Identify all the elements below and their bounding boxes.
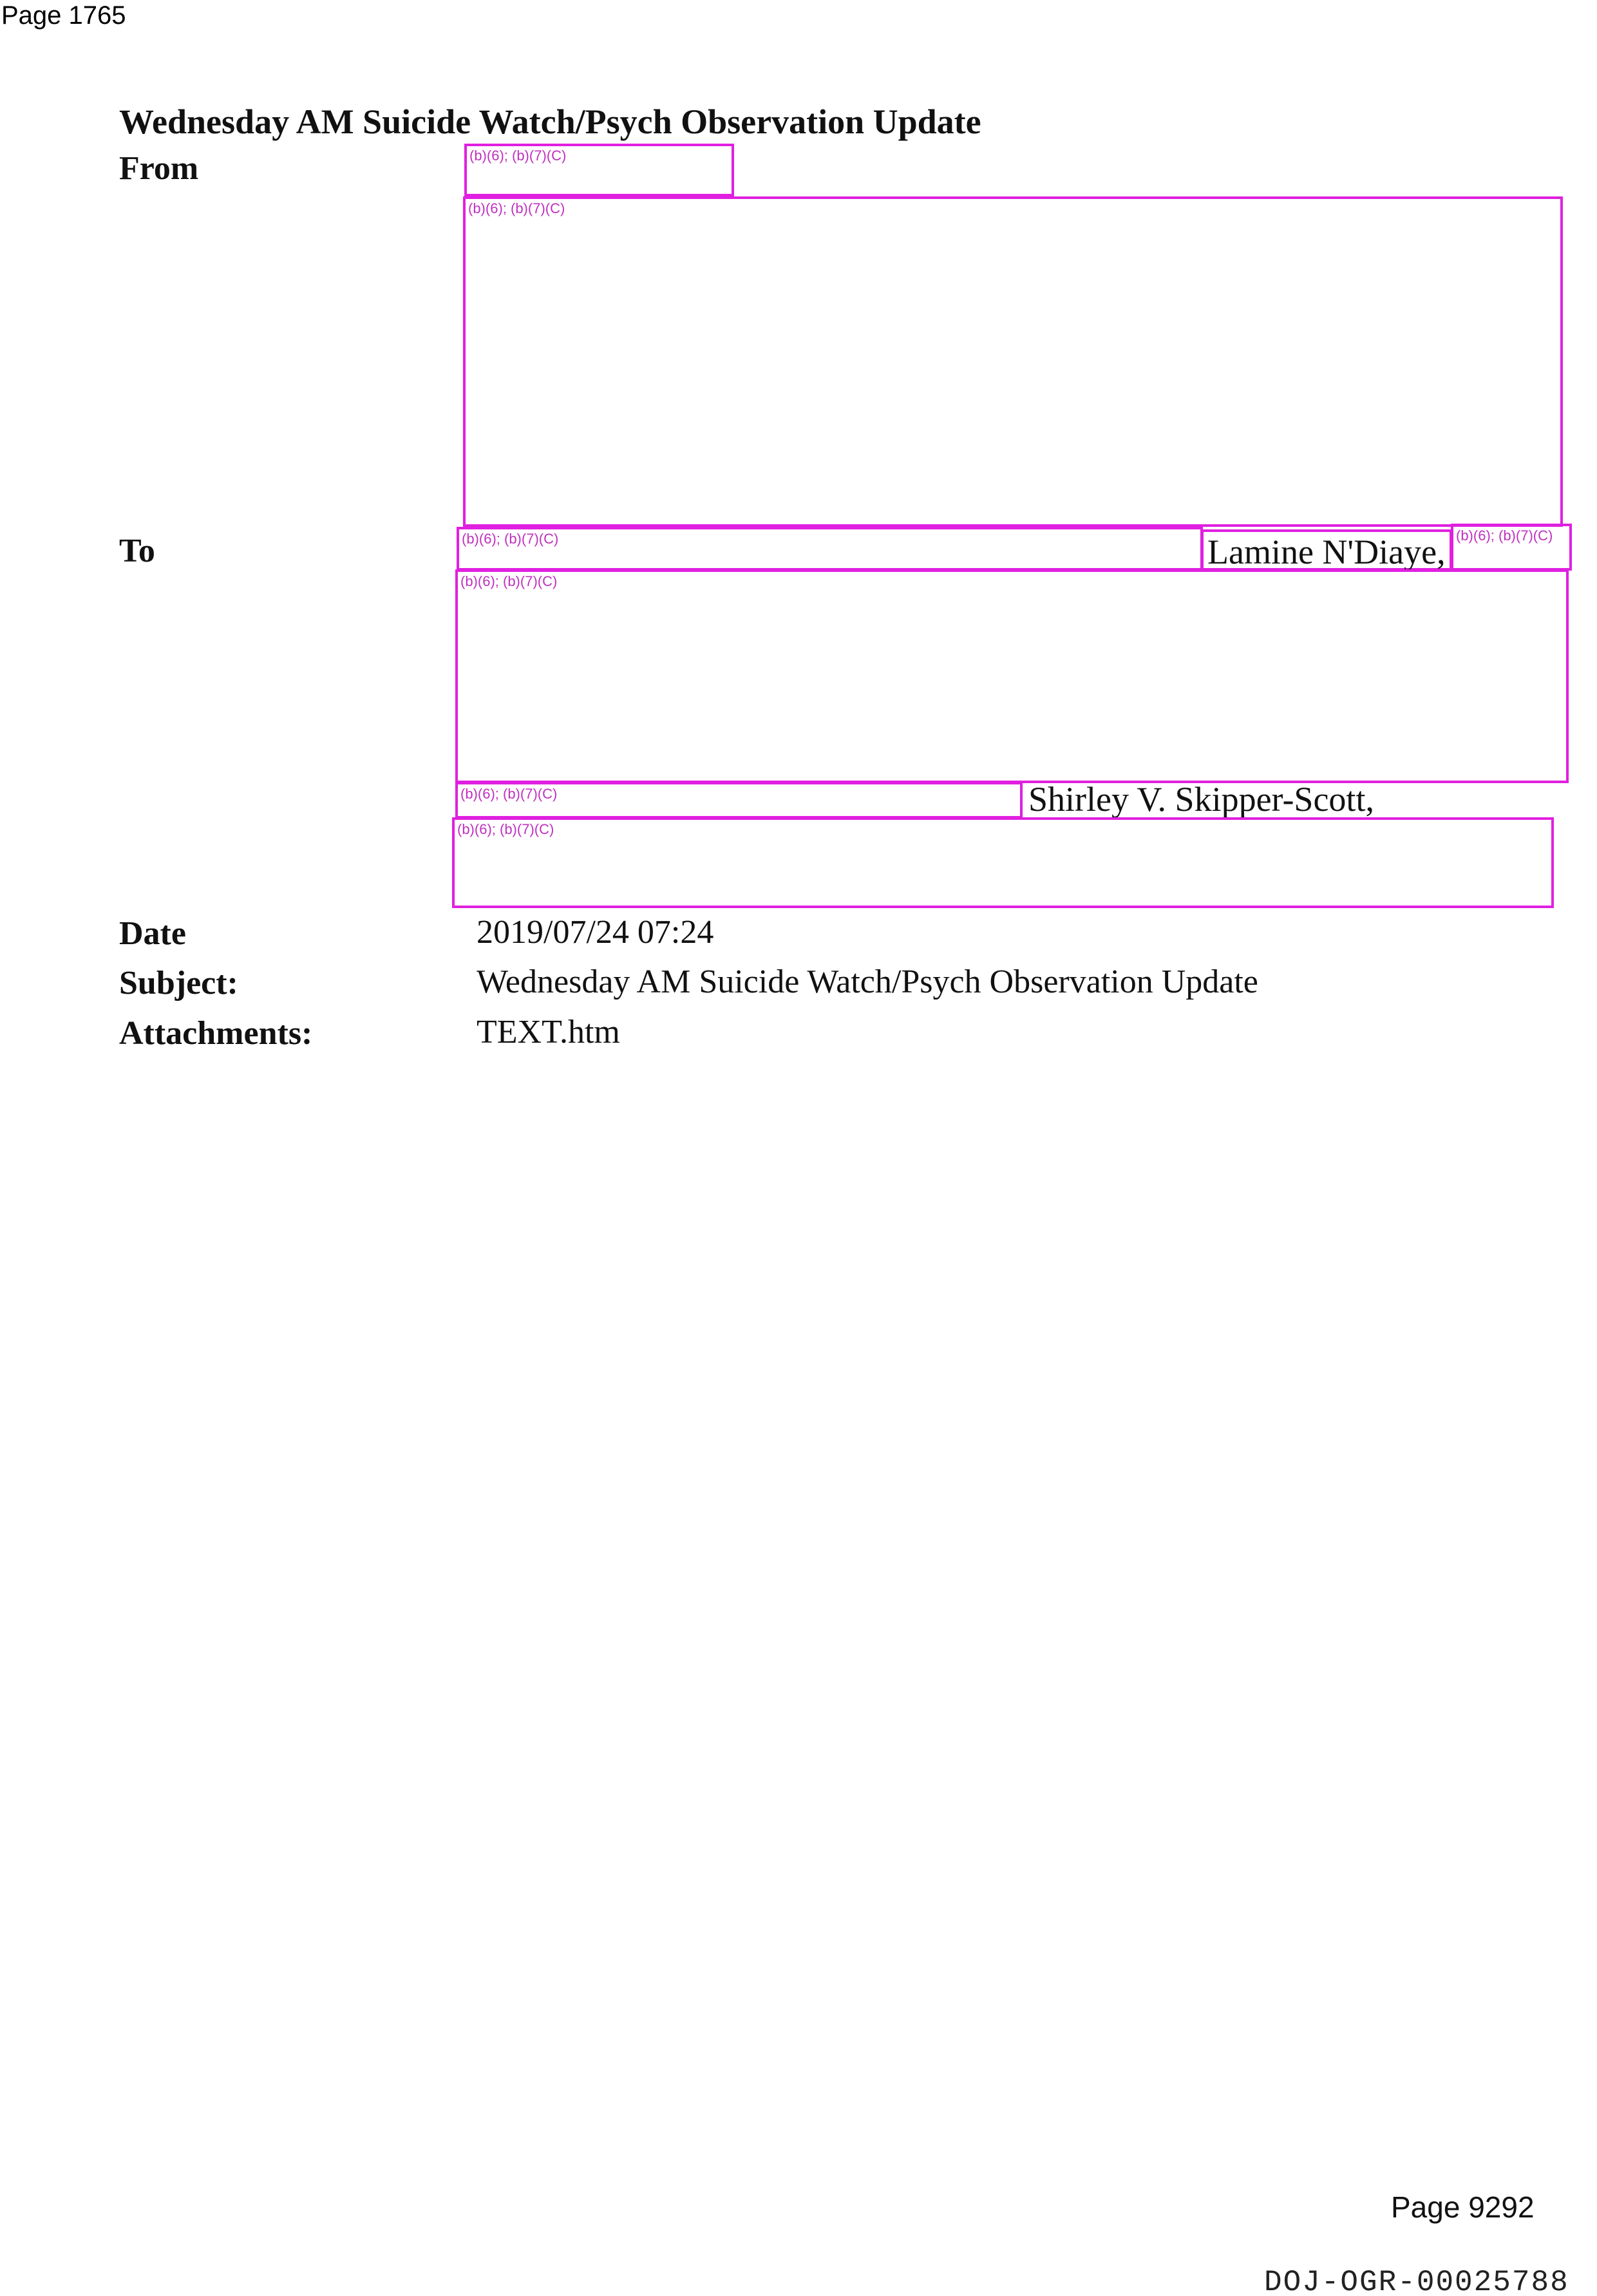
redaction-box-to-1: (b)(6); (b)(7)(C) — [457, 527, 1203, 571]
date-label: Date — [119, 915, 186, 953]
redaction-box-to-2: (b)(6); (b)(7)(C) — [1451, 524, 1572, 571]
redaction-code: (b)(6); (b)(7)(C) — [469, 147, 566, 164]
redaction-code: (b)(6); (b)(7)(C) — [462, 531, 558, 547]
email-title: Wednesday AM Suicide Watch/Psych Observa… — [119, 102, 981, 142]
recipient-name-box-1: Lamine N'Diaye, — [1201, 529, 1452, 571]
recipient-name-2: Shirley V. Skipper-Scott, — [1028, 779, 1374, 819]
page-footer-number: Page 9292 — [1391, 2190, 1535, 2225]
redaction-code: (b)(6); (b)(7)(C) — [457, 821, 554, 838]
redaction-box-from-address: (b)(6); (b)(7)(C) — [463, 196, 1563, 527]
bates-number: DOJ-OGR-00025788 — [1264, 2266, 1569, 2296]
date-value: 2019/07/24 07:24 — [477, 913, 713, 951]
redaction-code: (b)(6); (b)(7)(C) — [1456, 527, 1553, 544]
redaction-box-to-4: (b)(6); (b)(7)(C) — [455, 782, 1023, 819]
redaction-code: (b)(6); (b)(7)(C) — [468, 200, 565, 217]
redaction-box-from-name: (b)(6); (b)(7)(C) — [464, 144, 734, 196]
redaction-code: (b)(6); (b)(7)(C) — [460, 573, 557, 590]
redaction-box-to-3: (b)(6); (b)(7)(C) — [455, 569, 1569, 783]
page-header-number: Page 1765 — [1, 1, 126, 30]
recipient-name-1: Lamine N'Diaye, — [1207, 532, 1446, 572]
from-label: From — [119, 149, 198, 187]
to-label: To — [119, 532, 155, 570]
attachments-label: Attachments: — [119, 1014, 312, 1052]
subject-label: Subject: — [119, 964, 238, 1002]
subject-value: Wednesday AM Suicide Watch/Psych Observa… — [477, 963, 1258, 1001]
redaction-box-to-5: (b)(6); (b)(7)(C) — [452, 817, 1554, 908]
redaction-code: (b)(6); (b)(7)(C) — [460, 786, 557, 802]
attachment-file-link[interactable]: TEXT.htm — [477, 1013, 620, 1051]
